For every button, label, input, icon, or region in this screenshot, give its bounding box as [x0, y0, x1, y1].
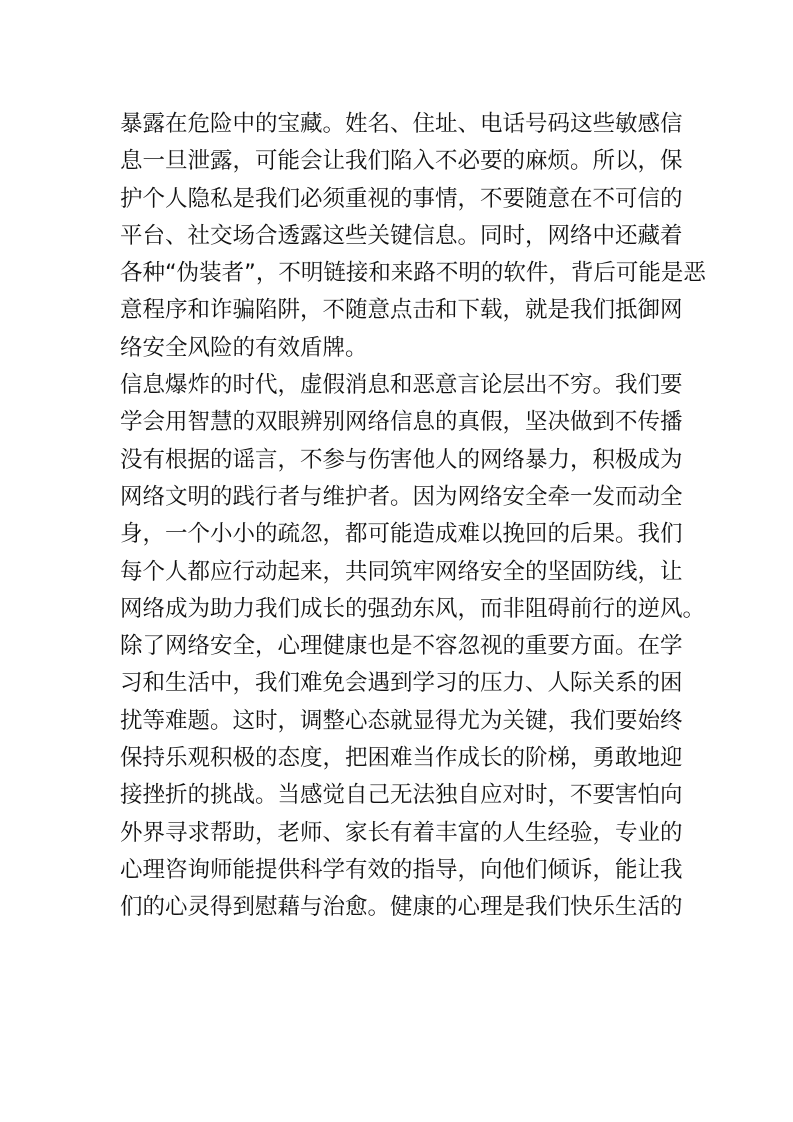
document-page: 暴露在危险中的宝藏。姓名、住址、电话号码这些敏感信 息一旦泄露，可能会让我们陷入…: [120, 106, 673, 927]
text-line: 平台、社交场合透露这些关键信息。同时，网络中还藏着: [120, 218, 673, 255]
text-line: 信息爆炸的时代，虚假消息和恶意言论层出不穷。我们要: [120, 367, 673, 404]
text-line: 每个人都应行动起来，共同筑牢网络安全的坚固防线，让: [120, 554, 673, 591]
paragraph-information-age: 信息爆炸的时代，虚假消息和恶意言论层出不穷。我们要 学会用智慧的双眼辨别网络信息…: [120, 367, 673, 628]
text-line: 保持乐观积极的态度，把困难当作成长的阶梯，勇敢地迎: [120, 740, 673, 777]
text-line: 学会用智慧的双眼辨别网络信息的真假，坚决做到不传播: [120, 404, 673, 441]
paragraph-mental-health: 除了网络安全，心理健康也是不容忽视的重要方面。在学 习和生活中，我们难免会遇到学…: [120, 628, 673, 926]
text-line: 网络成为助力我们成长的强劲东风，而非阻碍前行的逆风。: [120, 591, 673, 628]
text-line: 息一旦泄露，可能会让我们陷入不必要的麻烦。所以，保: [120, 143, 673, 180]
text-line: 心理咨询师能提供科学有效的指导，向他们倾诉，能让我: [120, 852, 673, 889]
text-line: 身，一个小小的疏忽，都可能造成难以挽回的后果。我们: [120, 516, 673, 553]
text-line: 们的心灵得到慰藉与治愈。健康的心理是我们快乐生活的: [120, 889, 673, 926]
text-line: 除了网络安全，心理健康也是不容忽视的重要方面。在学: [120, 628, 673, 665]
text-line: 络安全风险的有效盾牌。: [120, 330, 673, 367]
text-line: 网络文明的践行者与维护者。因为网络安全牵一发而动全: [120, 479, 673, 516]
text-line: 暴露在危险中的宝藏。姓名、住址、电话号码这些敏感信: [120, 106, 673, 143]
text-line: 外界寻求帮助，老师、家长有着丰富的人生经验，专业的: [120, 815, 673, 852]
text-line: 扰等难题。这时，调整心态就显得尤为关键，我们要始终: [120, 703, 673, 740]
text-line: 意程序和诈骗陷阱，不随意点击和下载，就是我们抵御网: [120, 292, 673, 329]
paragraph-privacy: 暴露在危险中的宝藏。姓名、住址、电话号码这些敏感信 息一旦泄露，可能会让我们陷入…: [120, 106, 673, 367]
text-line: 各种“伪装者”，不明链接和来路不明的软件，背后可能是恶: [120, 255, 673, 292]
text-line: 接挫折的挑战。当感觉自己无法独自应对时，不要害怕向: [120, 777, 673, 814]
text-line: 护个人隐私是我们必须重视的事情，不要随意在不可信的: [120, 181, 673, 218]
text-line: 没有根据的谣言，不参与伤害他人的网络暴力，积极成为: [120, 442, 673, 479]
text-line: 习和生活中，我们难免会遇到学习的压力、人际关系的困: [120, 665, 673, 702]
